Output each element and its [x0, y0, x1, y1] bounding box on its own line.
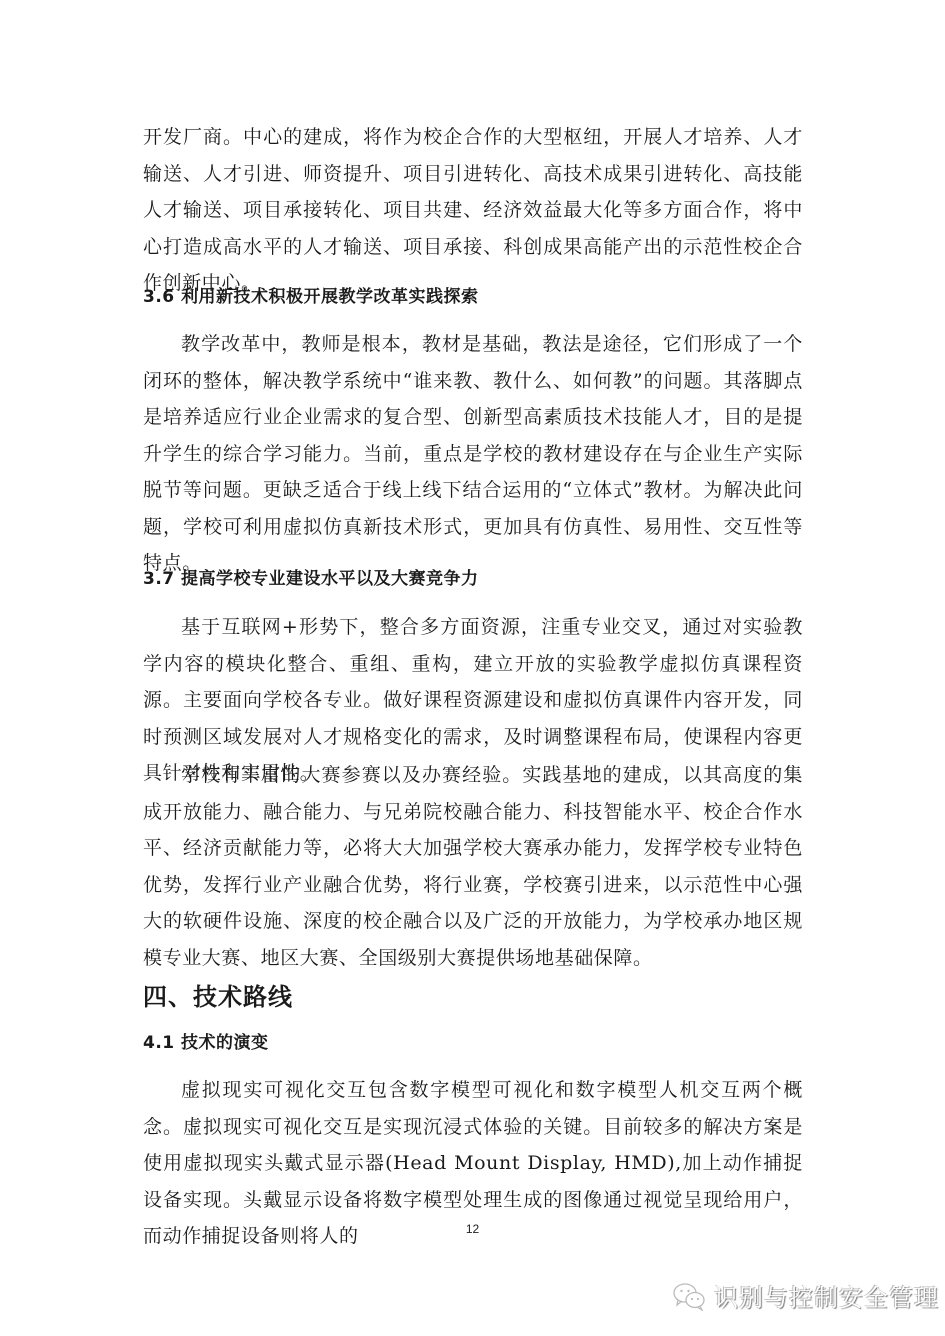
- page-number: 12: [0, 1222, 945, 1236]
- paragraph-3-6: 教学改革中，教师是根本，教材是基础，教法是途径，它们形成了一个闭环的整体，解决教…: [143, 326, 803, 582]
- wechat-icon: [672, 1281, 706, 1311]
- paragraph-3-7-b: 学校有丰富的大赛参赛以及办赛经验。实践基地的建成，以其高度的集成开放能力、融合能…: [143, 757, 803, 976]
- document-page: 开发厂商。中心的建成，将作为校企合作的大型枢纽，开展人才培养、人才输送、人才引进…: [0, 0, 945, 1336]
- section-heading-3-7: 3.7 提高学校专业建设水平以及大赛竞争力: [143, 564, 479, 589]
- section-heading-4-1: 4.1 技术的演变: [143, 1028, 269, 1053]
- chapter-heading-4: 四、技术路线: [143, 977, 293, 1012]
- watermark-text: 识别与控制安全管理: [714, 1278, 939, 1313]
- paragraph-intro: 开发厂商。中心的建成，将作为校企合作的大型枢纽，开展人才培养、人才输送、人才引进…: [143, 119, 803, 302]
- watermark: 识别与控制安全管理: [672, 1278, 939, 1313]
- section-heading-3-6: 3.6 利用新技术积极开展教学改革实践探索: [143, 282, 479, 307]
